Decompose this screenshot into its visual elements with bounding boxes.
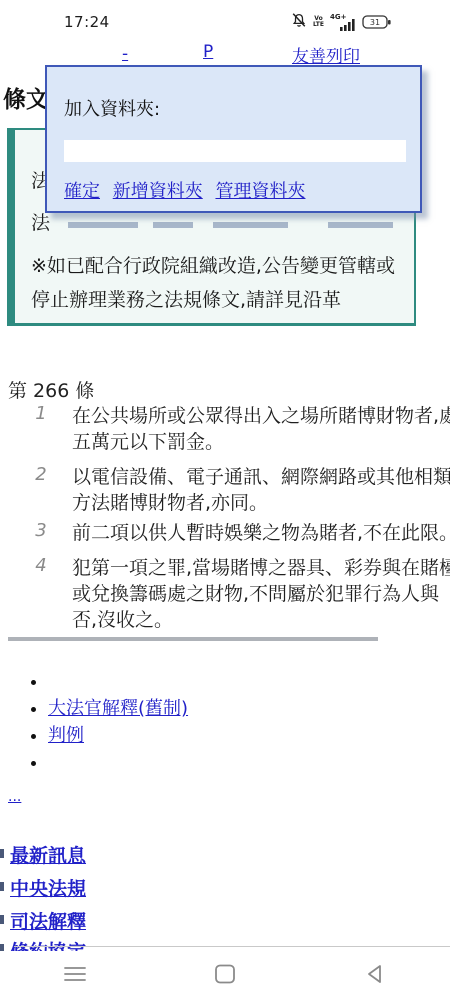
section-divider [8,637,378,641]
paragraph-number: 3 [30,520,52,541]
paragraph-text: 前二項以供人暫時娛樂之物為賭者,不在此限。 [72,520,450,546]
clipped-bullet [0,915,4,924]
friendly-print-link[interactable]: 友善列印 [292,42,360,67]
precedents-link[interactable]: 判例 [48,725,84,746]
more-link[interactable]: ... [8,789,21,805]
clipped-bullet [0,944,4,951]
paragraph-number: 1 [30,403,52,424]
paragraph-number: 4 [30,555,52,576]
dialog-actions: 確定 新增資料夾 管理資料夾 [64,177,312,203]
android-nav-bar [0,951,450,1000]
list-item: 大法官解釋(舊制) [48,695,188,722]
home-square-icon [213,963,237,989]
obscured-text-fragment [328,222,393,228]
confirm-link[interactable]: 確定 [64,181,100,202]
paragraph-text: 五萬元以下罰金。 [72,429,450,455]
reorg-notice-line-1: ※如已配合行政院組織改造,公告變更管轄或 [31,251,395,278]
reorg-notice-line-2: 停止辦理業務之法規條文,請詳見沿革 [31,285,341,312]
paragraph-text: 方法賭博財物者,亦同。 [72,490,450,516]
muted-bell-icon [291,12,307,32]
folder-name-input[interactable] [64,140,406,162]
status-time: 17:24 [64,13,110,31]
add-to-folder-dialog: 加入資料夾: 確定 新增資料夾 管理資料夾 [45,65,422,213]
central-laws-link[interactable]: 中央法規 [10,874,86,901]
interpretations-link[interactable]: 大法官解釋(舊制) [48,698,188,719]
paragraph-text: 犯第一項之罪,當場賭博之器具、彩券與在賭檯 [72,555,450,581]
list-item: 判例 [48,722,188,749]
clipped-bullet [0,882,4,891]
paragraph-text: 在公共場所或公眾得出入之場所賭博財物者,處 [72,403,450,429]
paragraph-text: 以電信設備、電子通訊、網際網路或其他相類之 [72,464,450,490]
treaties-link[interactable]: 條約協定 [10,937,86,951]
latest-news-link[interactable]: 最新訊息 [10,841,86,868]
list-item [48,749,188,776]
article-number: 第 266 條 [8,376,94,403]
dialog-label: 加入資料夾: [64,95,160,121]
manage-folders-link[interactable]: 管理資料夾 [215,181,305,202]
page-title: 條文 [3,81,49,114]
clipped-bullet [0,849,4,858]
obscured-text-fragment [68,222,138,228]
paragraph-3: 3 前二項以供人暫時娛樂之物為賭者,不在此限。 [0,520,450,546]
back-button[interactable] [300,963,450,989]
paragraph-text: 否,沒收之。 [72,607,450,633]
toolbar-link-dash[interactable]: - [122,44,128,64]
battery-icon: 31 [362,14,392,30]
related-links-list: 大法官解釋(舊制) 判例 [22,668,188,776]
paragraph-number: 2 [30,464,52,485]
obscured-text-fragment [153,222,193,228]
paragraph-4: 4 犯第一項之罪,當場賭博之器具、彩券與在賭檯 或兌換籌碼處之財物,不問屬於犯罪… [0,555,450,633]
paragraph-1: 1 在公共場所或公眾得出入之場所賭博財物者,處 五萬元以下罰金。 [0,403,450,455]
home-button[interactable] [150,963,300,989]
paragraph-2: 2 以電信設備、電子通訊、網際網路或其他相類之 方法賭博財物者,亦同。 [0,464,450,516]
judicial-interp-link[interactable]: 司法解釋 [10,907,86,934]
list-item [48,668,188,695]
status-bar: 17:24 Vo LTE 4G+ [0,0,450,36]
status-icons: Vo LTE 4G+ 31 [291,12,392,32]
footer-divider [14,946,450,947]
signal-4g-icon: 4G+ [330,14,356,31]
browser-webview: 17:24 Vo LTE 4G+ [0,0,450,951]
menu-icon [63,963,87,989]
paragraph-text: 或兌換籌碼處之財物,不問屬於犯罪行為人與 [72,581,450,607]
toolbar-link-p[interactable]: P [203,42,213,62]
volte-icon: Vo LTE [313,16,324,28]
recents-button[interactable] [0,963,150,989]
back-triangle-icon [364,963,386,989]
obscured-text-fragment [213,222,288,228]
new-folder-link[interactable]: 新增資料夾 [113,181,203,202]
battery-percent: 31 [362,18,388,27]
